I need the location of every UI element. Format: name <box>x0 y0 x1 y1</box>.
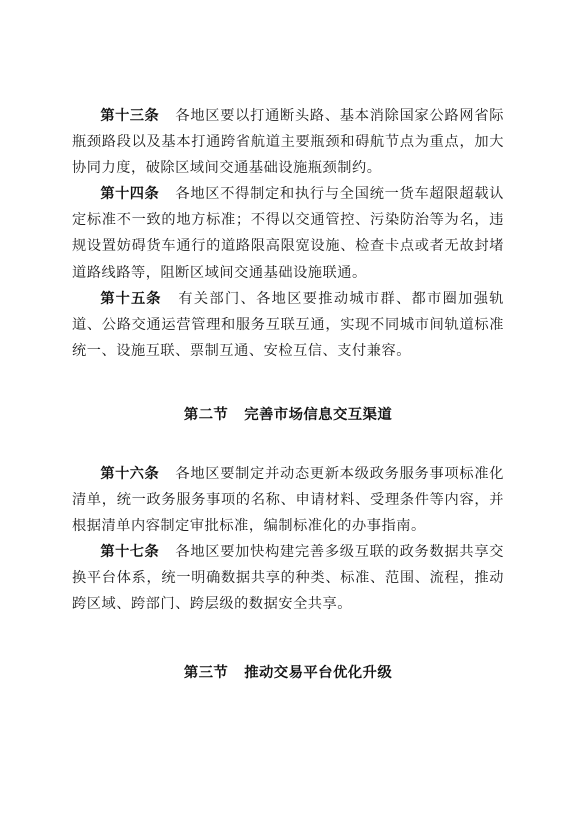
article-13: 第十三条各地区要以打通断头路、基本消除国家公路网省际瓶颈路段以及基本打通跨省航道… <box>72 103 504 181</box>
article-number: 第十五条 <box>100 291 161 307</box>
article-16: 第十六条各地区要制定并动态更新本级政务服务事项标准化清单，统一政务服务事项的名称… <box>72 461 504 539</box>
section-title: 完善市场信息交互渠道 <box>244 407 392 423</box>
article-number: 第十三条 <box>100 108 159 124</box>
section-number: 第三节 <box>184 665 228 681</box>
document-page: 第十三条各地区要以打通断头路、基本消除国家公路网省际瓶颈路段以及基本打通跨省航道… <box>72 103 504 686</box>
section-heading-3: 第三节推动交易平台优化升级 <box>72 660 504 686</box>
article-17: 第十七条各地区要加快构建完善多级互联的政务数据共享交换平台体系，统一明确数据共享… <box>72 539 504 617</box>
article-15: 第十五条有关部门、各地区要推动城市群、都市圈加强轨道、公路交通运营管理和服务互联… <box>72 286 504 364</box>
article-number: 第十四条 <box>100 186 159 202</box>
section-number: 第二节 <box>184 407 228 423</box>
article-number: 第十六条 <box>100 466 159 482</box>
article-14: 第十四条各地区不得制定和执行与全国统一货车超限超载认定标准不一致的地方标准；不得… <box>72 181 504 285</box>
section-heading-2: 第二节完善市场信息交互渠道 <box>72 402 504 428</box>
article-number: 第十七条 <box>100 544 159 560</box>
section-title: 推动交易平台优化升级 <box>244 665 392 681</box>
